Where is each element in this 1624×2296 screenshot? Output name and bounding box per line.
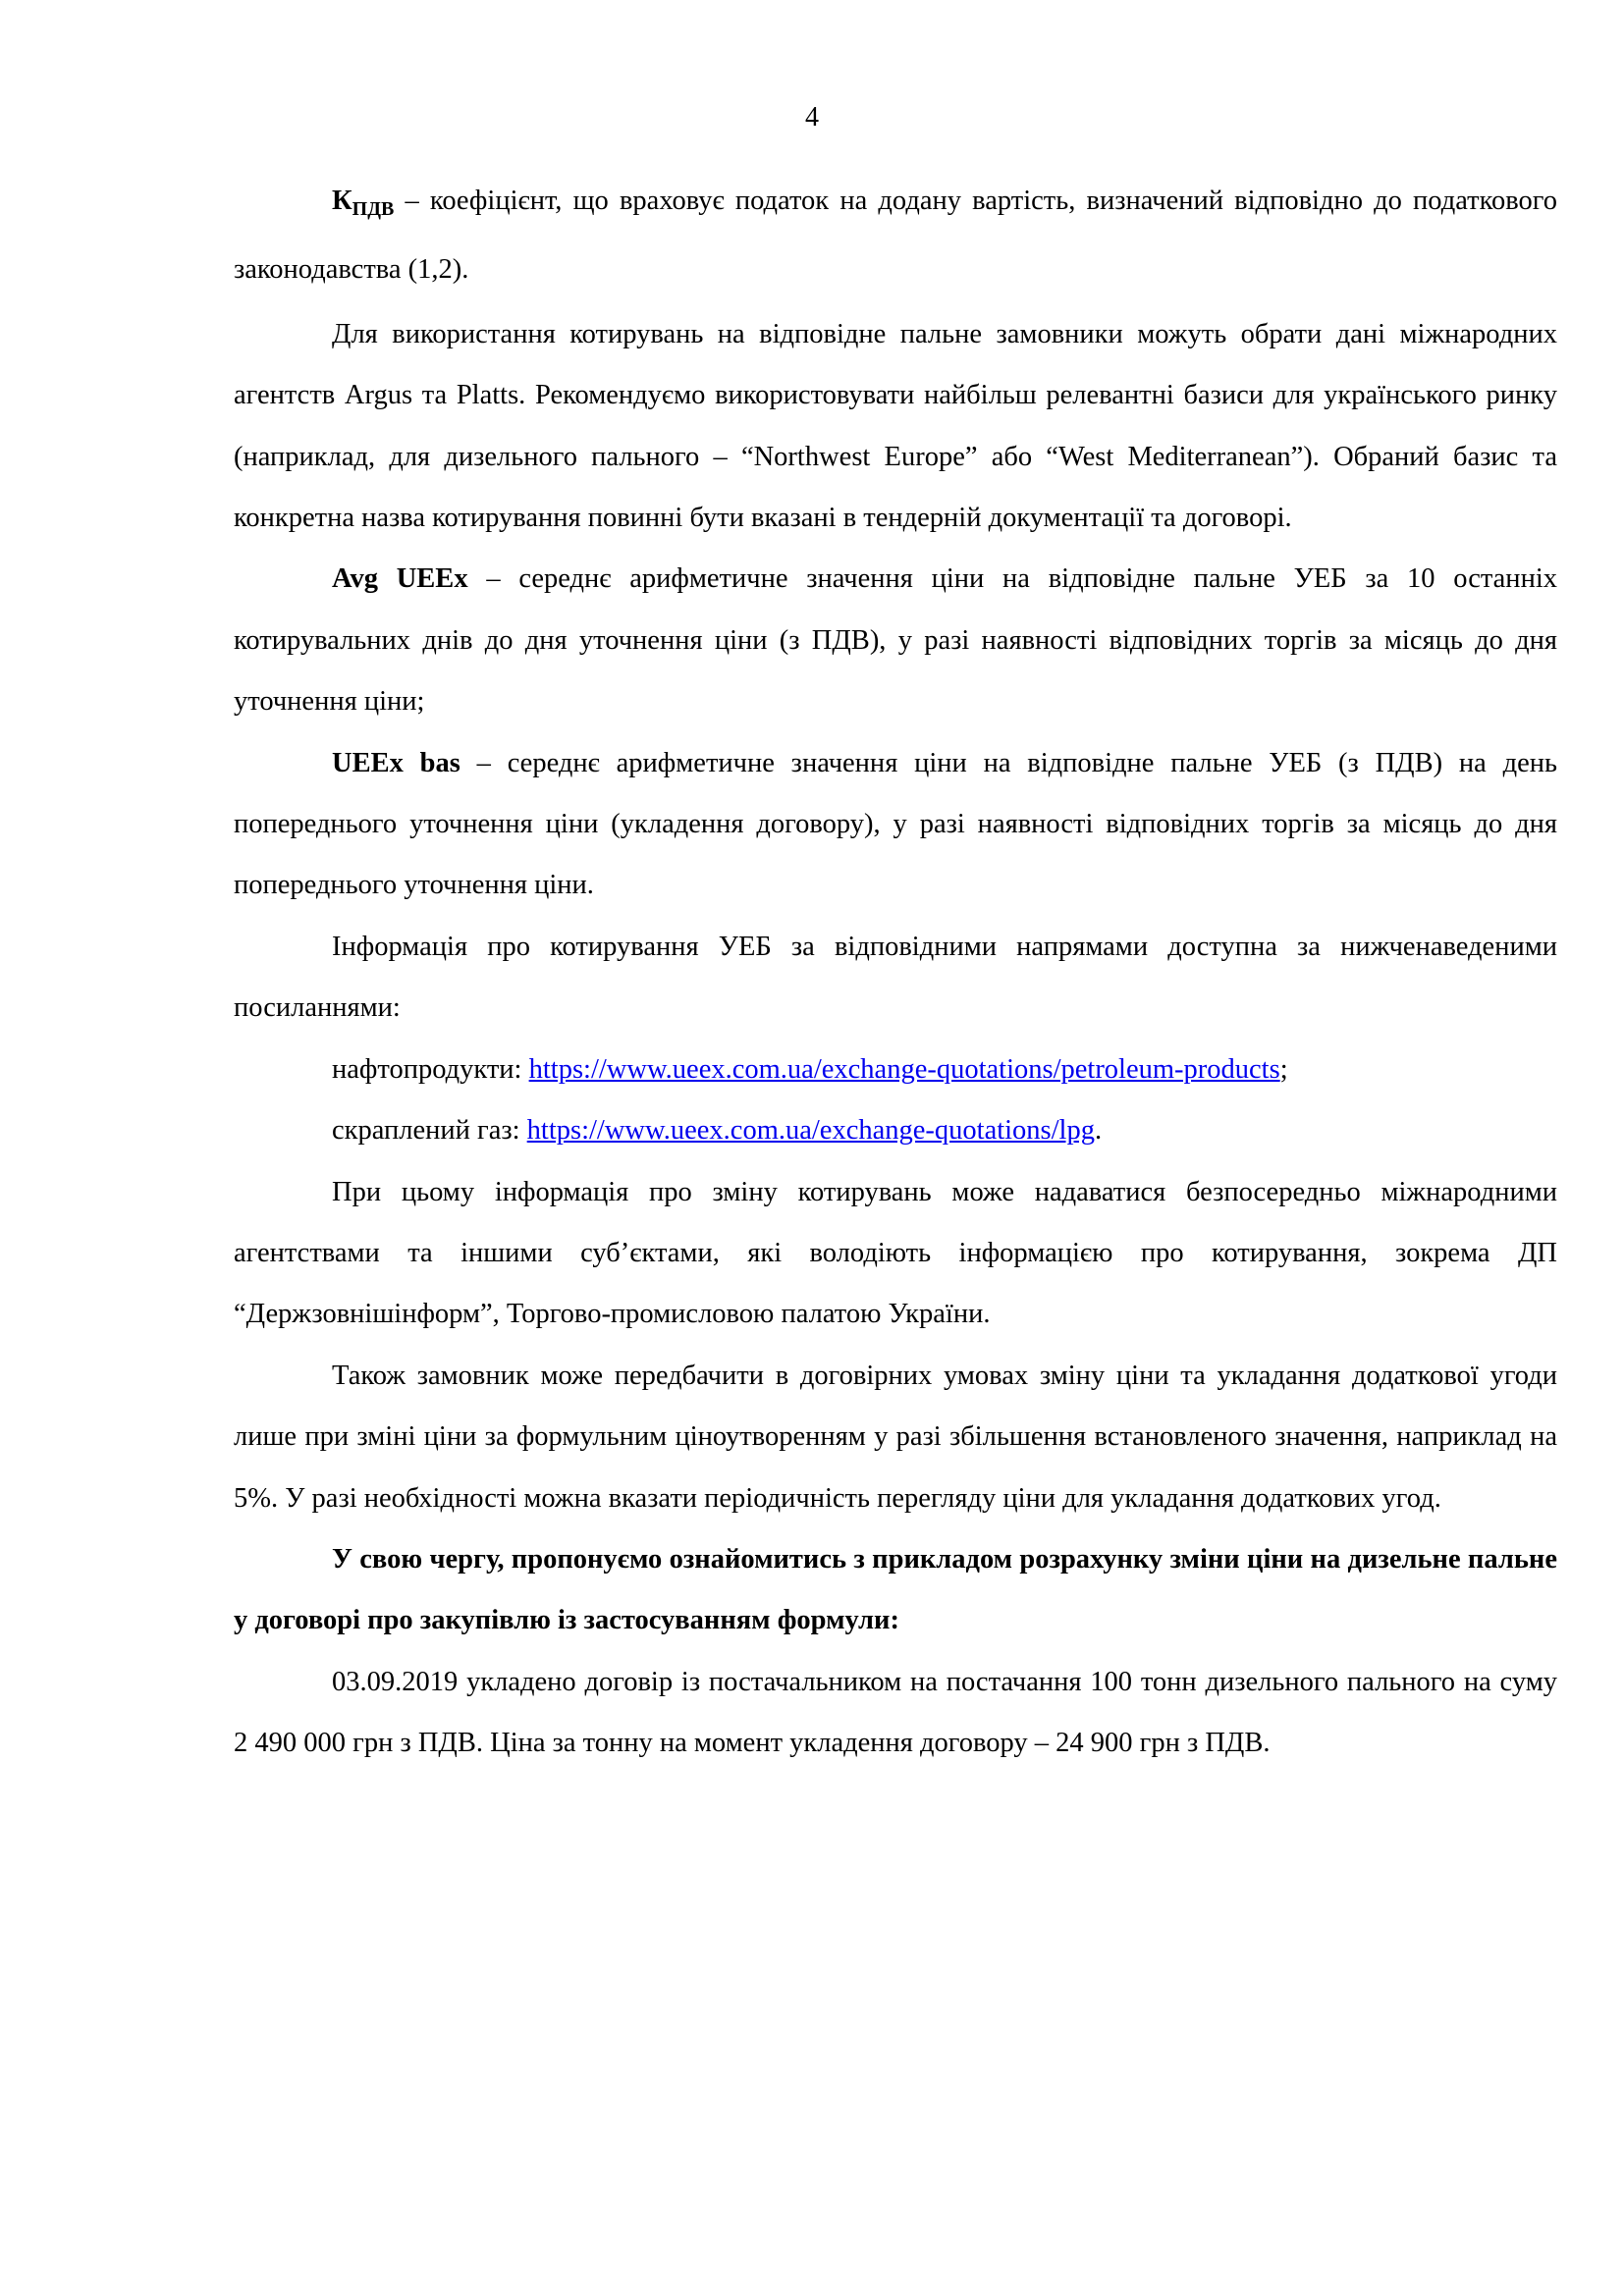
term-kpdv-sub: ПДВ — [352, 198, 395, 220]
link-label-lpg: скраплений газ: — [332, 1115, 527, 1146]
link-suffix: ; — [1280, 1054, 1288, 1085]
paragraph-agencies: При цьому інформація про зміну котируван… — [234, 1162, 1557, 1346]
term-kpdv-main: К — [332, 186, 352, 216]
link-line-lpg: скраплений газ: https://www.ueex.com.ua/… — [234, 1100, 1557, 1161]
document-body: КПДВ – коефіцієнт, що враховує податок н… — [234, 171, 1557, 1775]
link-label-petroleum: нафтопродукти: — [332, 1054, 529, 1085]
kpdv-definition: – коефіцієнт, що враховує податок на дод… — [234, 186, 1557, 285]
paragraph-quotes: Для використання котирувань на відповідн… — [234, 304, 1557, 550]
paragraph-example-heading: У свою чергу, пропонуємо ознайомитись з … — [234, 1529, 1557, 1652]
paragraph-kpdv: КПДВ – коефіцієнт, що враховує податок н… — [234, 171, 1557, 301]
paragraph-customer: Також замовник може передбачити в догові… — [234, 1346, 1557, 1529]
paragraph-example: 03.09.2019 укладено договір із постачаль… — [234, 1652, 1557, 1775]
term-kpdv: КПДВ — [332, 186, 394, 216]
term-avg-ueex: Avg UEEx — [332, 563, 468, 594]
link-line-petroleum: нафтопродукти: https://www.ueex.com.ua/e… — [234, 1040, 1557, 1100]
term-ueex-bas: UEEx bas — [332, 748, 460, 778]
paragraph-ueex-bas: UEEx bas – середнє арифметичне значення … — [234, 733, 1557, 917]
link-petroleum-products[interactable]: https://www.ueex.com.ua/exchange-quotati… — [529, 1054, 1280, 1085]
link-suffix: . — [1095, 1115, 1102, 1146]
page-number: 4 — [0, 98, 1624, 137]
paragraph-info: Інформація про котирування УЕБ за відпов… — [234, 917, 1557, 1040]
link-lpg[interactable]: https://www.ueex.com.ua/exchange-quotati… — [527, 1115, 1095, 1146]
paragraph-avg-ueex: Avg UEEx – середнє арифметичне значення … — [234, 549, 1557, 732]
